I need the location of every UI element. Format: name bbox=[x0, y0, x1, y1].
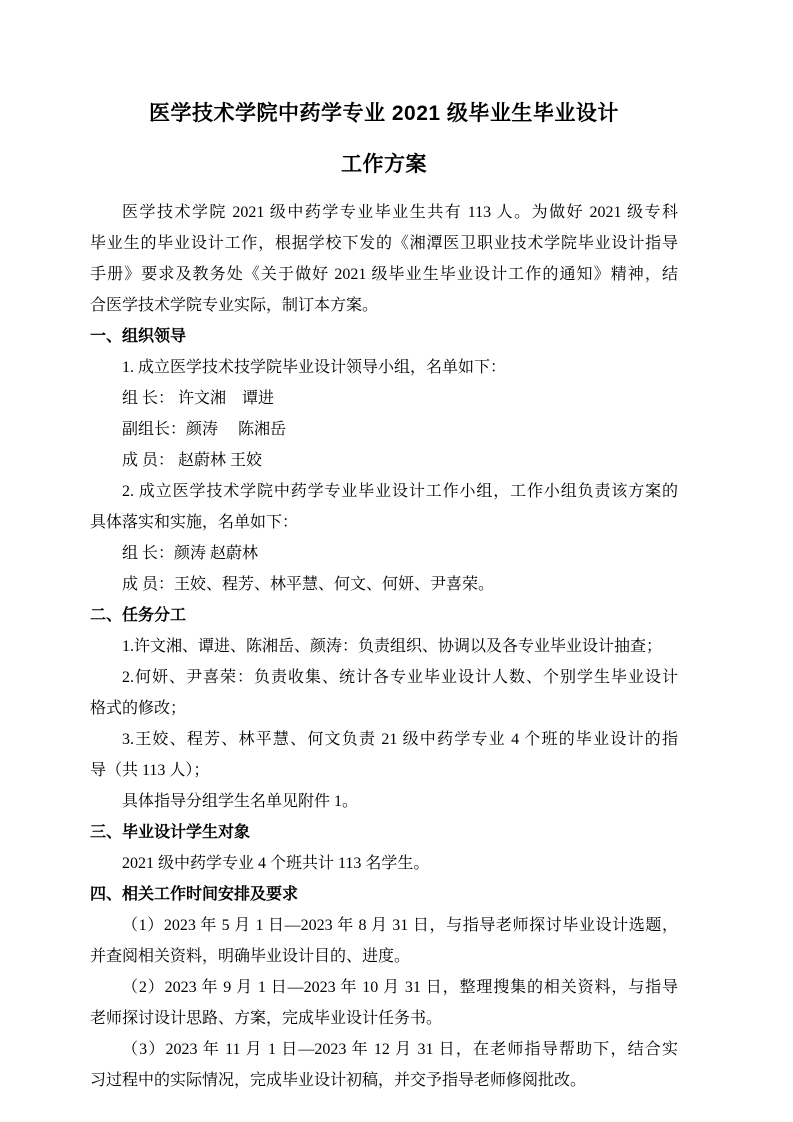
paragraph-line: 导（共 113 人）； bbox=[90, 755, 678, 786]
paragraph-line: 合医学技术学院专业实际，制订本方案。 bbox=[90, 290, 678, 321]
paragraph-line: 2. 成立医学技术学院中药学专业毕业设计工作小组，工作小组负责该方案的 bbox=[90, 476, 678, 507]
paragraph-line: 并查阅相关资料，明确毕业设计目的、进度。 bbox=[90, 941, 678, 972]
paragraph-line: 具体落实和实施，名单如下： bbox=[90, 507, 678, 538]
paragraph-line: 医学技术学院 2021 级中药学专业毕业生共有 113 人。为做好 2021 级… bbox=[90, 197, 678, 228]
section-heading-2: 二、任务分工 bbox=[90, 600, 678, 631]
intro-paragraph: 医学技术学院 2021 级中药学专业毕业生共有 113 人。为做好 2021 级… bbox=[90, 197, 678, 321]
work-group-head: 组 长：颜涛 赵蔚林 bbox=[90, 538, 678, 569]
task-item-3: 3.王姣、程芳、林平慧、何文负责 21 级中药学专业 4 个班的毕业设计的指 导… bbox=[90, 724, 678, 786]
section-heading-4: 四、相关工作时间安排及要求 bbox=[90, 879, 678, 910]
schedule-item-1: （1）2023 年 5 月 1 日—2023 年 8 月 31 日，与指导老师探… bbox=[90, 910, 678, 972]
leader-group-members: 成 员： 赵蔚林 王姣 bbox=[90, 445, 678, 476]
task-item-2: 2.何妍、尹喜荣：负责收集、统计各专业毕业设计人数、个别学生毕业设计 格式的修改… bbox=[90, 662, 678, 724]
paragraph-line: （1）2023 年 5 月 1 日—2023 年 8 月 31 日，与指导老师探… bbox=[90, 910, 678, 941]
document-title-line2: 工作方案 bbox=[90, 152, 678, 178]
paragraph-line: 1. 成立医学技术技学院毕业设计领导小组，名单如下： bbox=[90, 352, 678, 383]
document-title-line1: 医学技术学院中药学专业 2021 级毕业生毕业设计 bbox=[90, 101, 678, 127]
paragraph-line: 习过程中的实际情况，完成毕业设计初稿，并交予指导老师修阅批改。 bbox=[90, 1065, 678, 1096]
paragraph-line: （3）2023 年 11 月 1 日—2023 年 12 月 31 日，在老师指… bbox=[90, 1034, 678, 1065]
paragraph-line: 3.王姣、程芳、林平慧、何文负责 21 级中药学专业 4 个班的毕业设计的指 bbox=[90, 724, 678, 755]
work-group-members: 成 员：王姣、程芳、林平慧、何文、何妍、尹喜荣。 bbox=[90, 569, 678, 600]
document-page: 医学技术学院中药学专业 2021 级毕业生毕业设计 工作方案 医学技术学院 20… bbox=[0, 0, 793, 1122]
schedule-item-2: （2）2023 年 9 月 1 日—2023 年 10 月 31 日，整理搜集的… bbox=[90, 972, 678, 1034]
work-group-paragraph: 2. 成立医学技术学院中药学专业毕业设计工作小组，工作小组负责该方案的 具体落实… bbox=[90, 476, 678, 538]
paragraph-line: 毕业生的毕业设计工作，根据学校下发的《湘潭医卫职业技术学院毕业设计指导 bbox=[90, 228, 678, 259]
document-content: 医学技术学院中药学专业 2021 级毕业生毕业设计 工作方案 医学技术学院 20… bbox=[90, 0, 678, 1096]
paragraph-line: （2）2023 年 9 月 1 日—2023 年 10 月 31 日，整理搜集的… bbox=[90, 972, 678, 1003]
leader-group-head: 组 长： 许文湘 谭进 bbox=[90, 383, 678, 414]
paragraph-line: 手册》要求及教务处《关于做好 2021 级毕业生毕业设计工作的通知》精神，结 bbox=[90, 259, 678, 290]
paragraph-line: 老师探讨设计思路、方案，完成毕业设计任务书。 bbox=[90, 1003, 678, 1034]
document-body: 医学技术学院 2021 级中药学专业毕业生共有 113 人。为做好 2021 级… bbox=[90, 197, 678, 1096]
section-heading-1: 一、组织领导 bbox=[90, 321, 678, 352]
task-item-1: 1.许文湘、谭进、陈湘岳、颜涛：负责组织、协调以及各专业毕业设计抽查； bbox=[90, 631, 678, 662]
section-heading-3: 三、毕业设计学生对象 bbox=[90, 817, 678, 848]
paragraph-line: 格式的修改； bbox=[90, 693, 678, 724]
schedule-item-3: （3）2023 年 11 月 1 日—2023 年 12 月 31 日，在老师指… bbox=[90, 1034, 678, 1096]
student-count-line: 2021 级中药学专业 4 个班共计 113 名学生。 bbox=[90, 848, 678, 879]
attachment-note: 具体指导分组学生名单见附件 1。 bbox=[90, 786, 678, 817]
leader-group-deputy: 副组长：颜涛 陈湘岳 bbox=[90, 414, 678, 445]
paragraph-line: 2.何妍、尹喜荣：负责收集、统计各专业毕业设计人数、个别学生毕业设计 bbox=[90, 662, 678, 693]
